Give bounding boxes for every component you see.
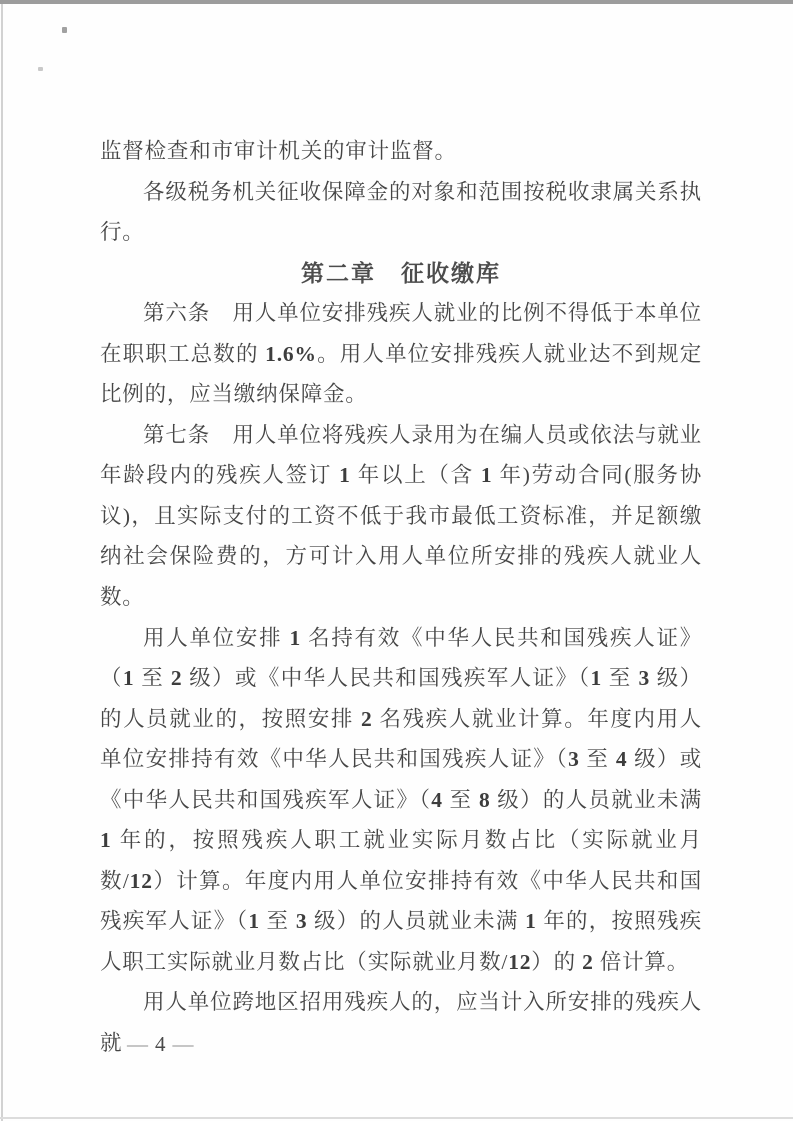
scan-edge-bottom [0, 1117, 793, 1119]
page-number-footer: —4— [120, 1032, 201, 1057]
paragraph-continuation: 监督检查和市审计机关的审计监督。 [100, 131, 702, 172]
page-number-dash-right: — [166, 1032, 201, 1056]
page-number-dash-left: — [120, 1032, 155, 1056]
paragraph-article-7: 第七条 用人单位将残疾人录用为在编人员或依法与就业年龄段内的残疾人签订 1 年以… [100, 415, 702, 618]
scan-edge-left [1, 4, 3, 1121]
page-number: 4 [155, 1032, 166, 1056]
scan-speck [38, 67, 43, 71]
document-body: 监督检查和市审计机关的审计监督。 各级税务机关征收保障金的对象和范围按税收隶属关… [100, 131, 702, 1064]
scan-speck [62, 27, 67, 33]
chapter-heading: 第二章 征收缴库 [100, 253, 702, 294]
scan-edge-top [0, 0, 793, 4]
paragraph: 各级税务机关征收保障金的对象和范围按税收隶属关系执行。 [100, 172, 702, 253]
scanned-document-page: 监督检查和市审计机关的审计监督。 各级税务机关征收保障金的对象和范围按税收隶属关… [0, 0, 793, 1121]
paragraph-certificate-rules: 用人单位安排 1 名持有效《中华人民共和国残疾人证》（1 至 2 级）或《中华人… [100, 618, 702, 983]
paragraph-article-6: 第六条 用人单位安排残疾人就业的比例不得低于本单位在职职工总数的 1.6%。用人… [100, 293, 702, 415]
